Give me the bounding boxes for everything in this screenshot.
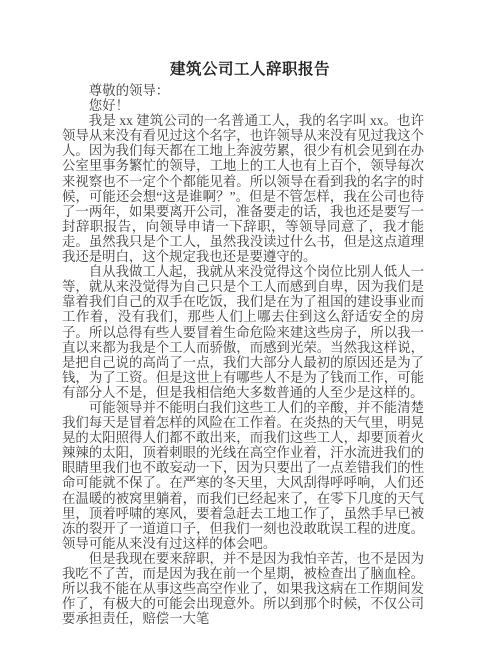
document-body: 尊敬的领导： 您好！ 我是 xx 建筑公司的一名普通工人，我的名字叫 xx。也许… [62,83,424,626]
greeting-line: 您好！ [62,98,424,113]
document-page: 建筑公司工人辞职报告 尊敬的领导： 您好！ 我是 xx 建筑公司的一名普通工人，… [0,0,500,647]
document-title: 建筑公司工人辞职报告 [0,0,500,81]
salutation-line: 尊敬的领导： [62,83,424,98]
paragraph: 可能领导并不能明白我们这些工人们的辛酸，并不能清楚我们每天是冒着怎样的风险在工作… [62,400,424,551]
paragraph: 但是我现在要来辞职，并不是因为我怕辛苦，也不是因为我吃不了苦，而是因为我在前一个… [62,551,424,626]
paragraph: 我是 xx 建筑公司的一名普通工人，我的名字叫 xx。也许领导从来没有看见过这个… [62,113,424,264]
paragraph: 自从我做工人起，我就从来没觉得这个岗位比别人低人一等，就从来没觉得为自己只是个工… [62,264,424,400]
